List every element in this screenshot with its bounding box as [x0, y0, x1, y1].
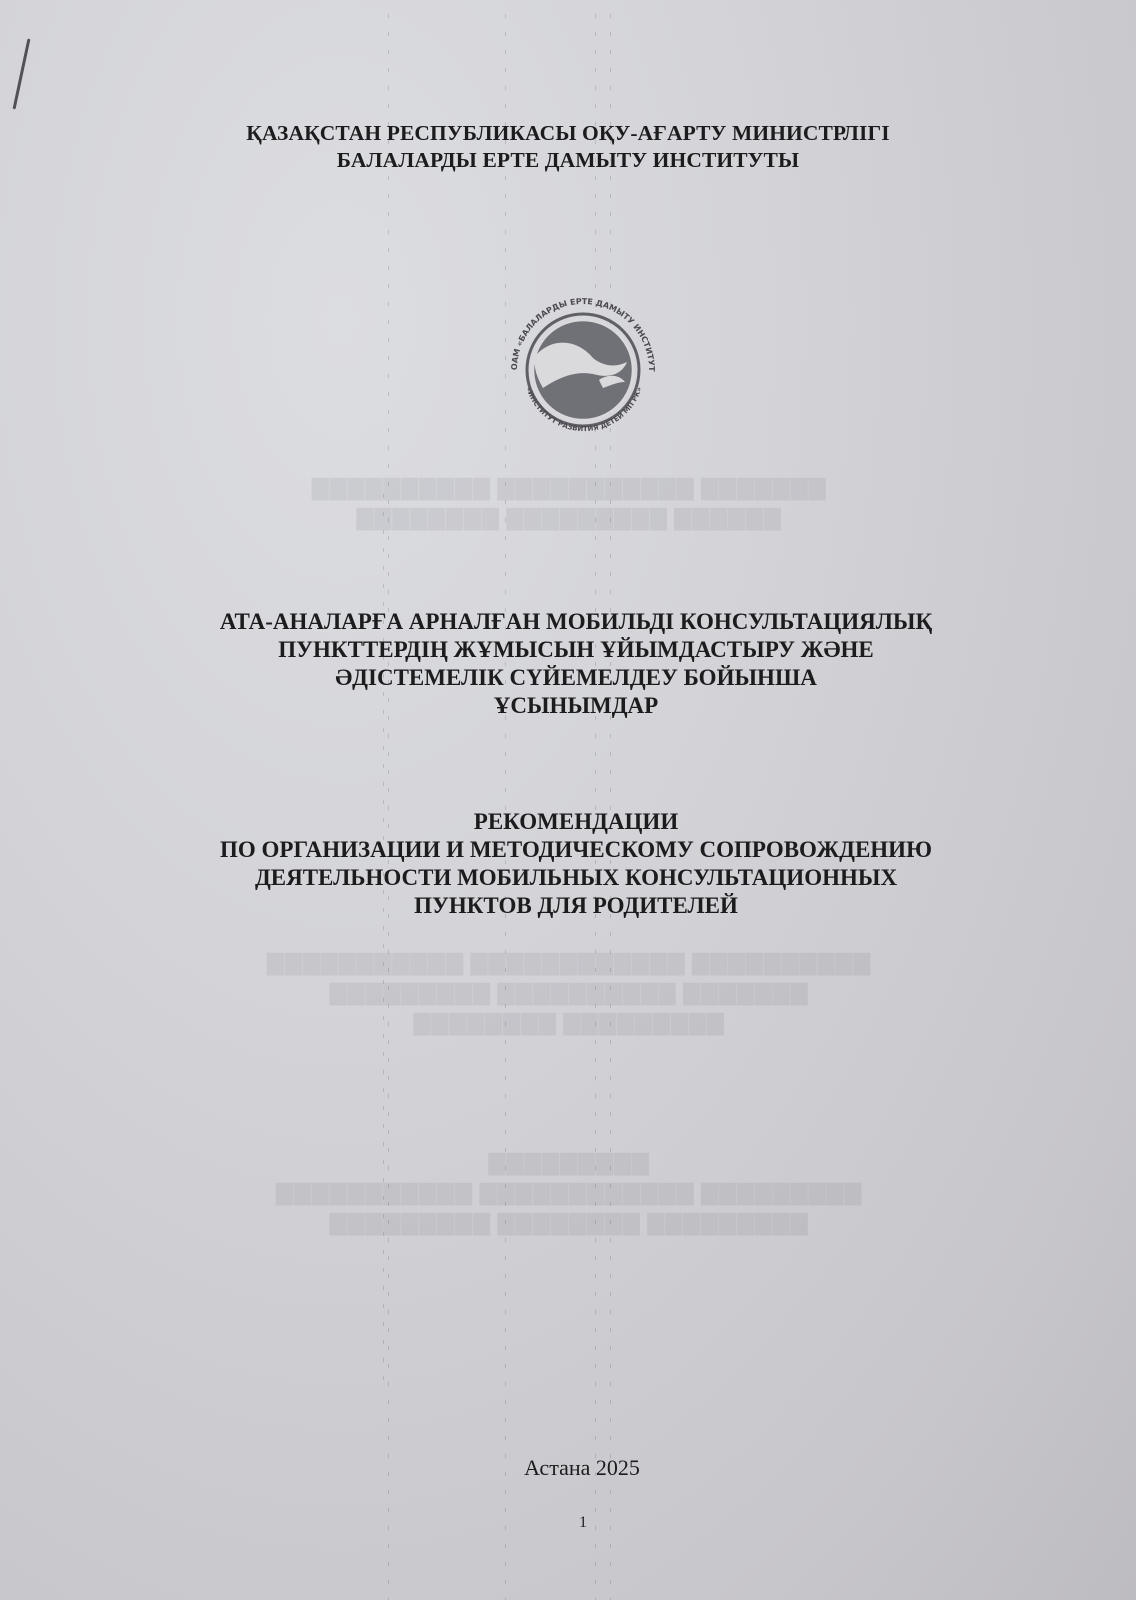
- scan-streak: [505, 0, 506, 1600]
- ministry-header: ҚАЗАҚСТАН РЕСПУБЛИКАСЫ ОҚУ-АҒАРТУ МИНИСТ…: [0, 120, 1136, 174]
- show-through-ghost: ▇▇▇▇▇▇▇ ▇▇▇▇▇▇▇▇▇▇ ▇▇▇▇▇▇▇▇▇: [0, 980, 1136, 1006]
- show-through-ghost: ▇▇▇▇▇▇ ▇▇▇▇▇▇▇▇▇ ▇▇▇▇▇▇▇▇: [0, 505, 1136, 531]
- scan-streak: [595, 0, 596, 1600]
- show-through-ghost: ▇▇▇▇▇▇▇▇▇ ▇▇▇▇▇▇▇▇▇▇▇▇ ▇▇▇▇▇▇▇▇▇▇▇: [0, 1180, 1136, 1206]
- title-russian-line: РЕКОМЕНДАЦИИ: [8, 808, 1136, 836]
- title-kazakh-line: АТА-АНАЛАРҒА АРНАЛҒАН МОБИЛЬДІ КОНСУЛЬТА…: [8, 608, 1136, 636]
- document-page: ▇▇▇▇▇▇▇ ▇▇▇▇▇▇▇▇▇▇▇ ▇▇▇▇▇▇▇▇▇▇ ▇▇▇▇▇▇ ▇▇…: [0, 0, 1136, 1600]
- hands-emblem-icon: ҚР ОАМ «БАЛАЛАРДЫ ЕРТЕ ДАМЫТУ ИНСТИТУТЫ»…: [503, 296, 663, 444]
- show-through-ghost: ▇▇▇▇▇▇▇ ▇▇▇▇▇▇▇▇▇▇▇ ▇▇▇▇▇▇▇▇▇▇: [0, 475, 1136, 501]
- title-kazakh: АТА-АНАЛАРҒА АРНАЛҒАН МОБИЛЬДІ КОНСУЛЬТА…: [8, 608, 1136, 720]
- ministry-name: ҚАЗАҚСТАН РЕСПУБЛИКАСЫ ОҚУ-АҒАРТУ МИНИСТ…: [0, 120, 1136, 147]
- scan-streak: [610, 0, 611, 1600]
- title-kazakh-line: ӘДІСТЕМЕЛІК СҮЙЕМЕЛДЕУ БОЙЫНША: [8, 664, 1136, 692]
- show-through-ghost: ▇▇▇▇▇▇▇▇▇▇ ▇▇▇▇▇▇▇▇▇▇▇▇ ▇▇▇▇▇▇▇▇▇▇▇: [0, 950, 1136, 976]
- institute-name: БАЛАЛАРДЫ ЕРТЕ ДАМЫТУ ИНСТИТУТЫ: [0, 147, 1136, 174]
- page-number: 1: [0, 1514, 1136, 1532]
- title-russian-line: ПО ОРГАНИЗАЦИИ И МЕТОДИЧЕСКОМУ СОПРОВОЖД…: [8, 836, 1136, 864]
- scan-streak: [388, 0, 389, 1600]
- show-through-ghost: ▇▇▇▇▇▇▇▇▇ ▇▇▇▇▇▇▇▇ ▇▇▇▇▇▇▇▇▇: [0, 1210, 1136, 1236]
- title-russian-line: ДЕЯТЕЛЬНОСТИ МОБИЛЬНЫХ КОНСУЛЬТАЦИОННЫХ: [8, 864, 1136, 892]
- show-through-ghost: ▇▇▇▇▇▇▇▇▇ ▇▇▇▇▇▇▇▇: [0, 1010, 1136, 1036]
- title-russian: РЕКОМЕНДАЦИИ ПО ОРГАНИЗАЦИИ И МЕТОДИЧЕСК…: [8, 808, 1136, 920]
- show-through-ghost: ▇▇▇▇▇▇▇▇▇: [0, 1150, 1136, 1176]
- pen-mark: [13, 38, 31, 109]
- title-kazakh-line: ПУНКТТЕРДІҢ ЖҰМЫСЫН ҰЙЫМДАСТЫРУ ЖӘНЕ: [8, 636, 1136, 664]
- city-year: Астана 2025: [0, 1455, 1136, 1481]
- title-kazakh-line: ҰСЫНЫМДАР: [8, 692, 1136, 720]
- title-russian-line: ПУНКТОВ ДЛЯ РОДИТЕЛЕЙ: [8, 892, 1136, 920]
